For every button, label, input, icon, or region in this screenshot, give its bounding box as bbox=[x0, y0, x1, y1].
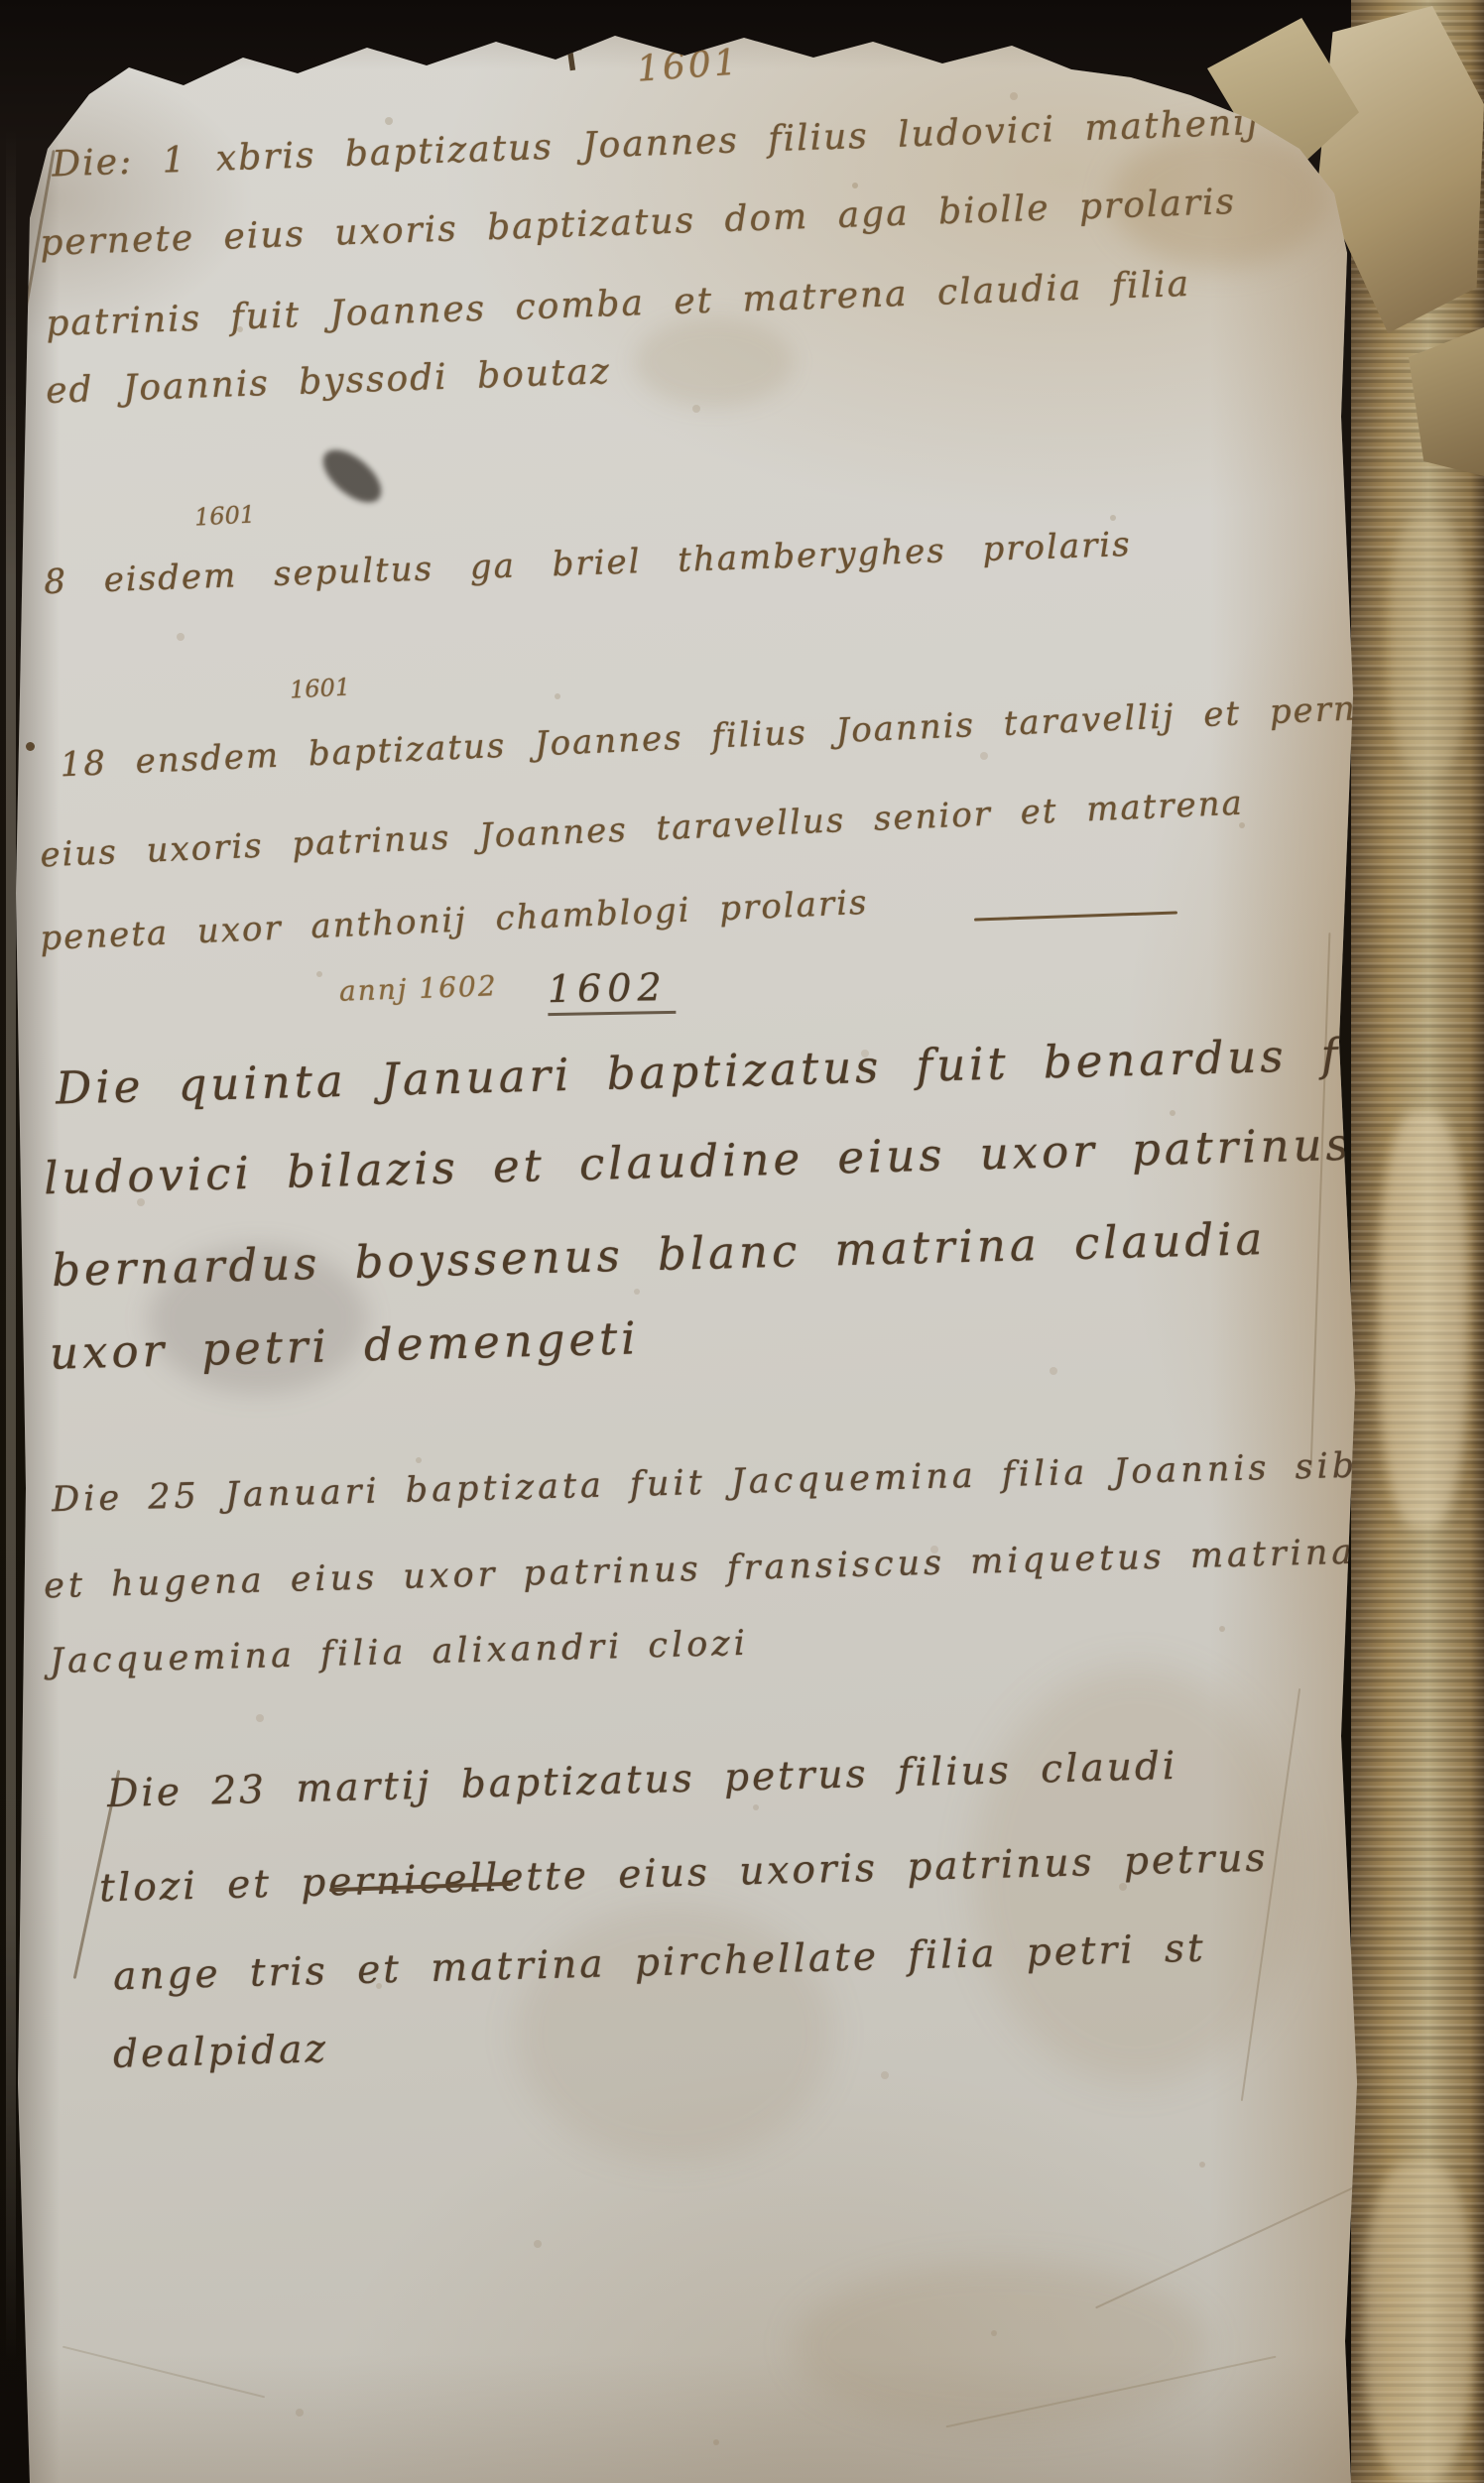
entry-line: bernardus boyssenus blanc matrina claudi… bbox=[52, 1212, 1267, 1297]
entry-line: Die quinta Januari baptizatus fuit benar… bbox=[56, 1026, 1457, 1115]
gutter-shadow bbox=[6, 129, 16, 2361]
manuscript-page: ✝ 1601 Die: 1 xbris baptizatus Joannes f… bbox=[0, 0, 1484, 2483]
marginal-year: 1601 bbox=[193, 500, 255, 531]
folio-number: 1601 bbox=[636, 42, 741, 89]
photo-canvas: ✝ 1601 Die: 1 xbris baptizatus Joannes f… bbox=[0, 0, 1484, 2483]
entry-line: patrinis fuit Joannes comba et matrena c… bbox=[46, 264, 1191, 344]
entry-line: dealpidaz bbox=[112, 2027, 328, 2077]
crease-line bbox=[1095, 2177, 1375, 2309]
page-stack-highlight bbox=[1389, 516, 1468, 774]
entry-line: 8 eisdem sepultus ga briel thamberyghes … bbox=[44, 525, 1133, 602]
entry-line: ed Joannis byssodi boutaz bbox=[45, 351, 611, 412]
ink-stain bbox=[314, 440, 391, 513]
page-stack-highlight bbox=[1379, 1111, 1468, 1528]
crease-line bbox=[62, 2346, 265, 2399]
water-stain bbox=[635, 317, 794, 407]
marginal-year: 1601 bbox=[289, 673, 350, 703]
paper-speckles bbox=[0, 0, 4, 4]
entry-line: 18 ensdem baptizatus Joannes filius Joan… bbox=[60, 687, 1396, 786]
entry-line: pernete eius uxoris baptizatus dom aga b… bbox=[40, 182, 1237, 264]
page-stack-highlight bbox=[1364, 2163, 1473, 2480]
cross-mark: ✝ bbox=[548, 26, 593, 84]
entry-line: Jacquemina filia alixandri clozi bbox=[50, 1624, 750, 1681]
crease-line bbox=[1310, 932, 1331, 1468]
entry-line: et hugena eius uxor patrinus fransiscus … bbox=[44, 1533, 1357, 1607]
water-stain bbox=[794, 2262, 1210, 2430]
entry-bullet bbox=[26, 742, 35, 751]
entry-line: ludovici bilazis et claudine eius uxor p… bbox=[44, 1118, 1354, 1205]
entry-line: Die 25 Januari baptizata fuit Jacquemina… bbox=[52, 1444, 1432, 1520]
entry-line: uxor petri demengeti bbox=[49, 1311, 640, 1380]
year-heading-small: annj 1602 bbox=[338, 969, 498, 1008]
year-heading-large: 1602 bbox=[548, 965, 677, 1016]
entry-line: peneta uxor anthonij chamblogi prolaris bbox=[40, 883, 870, 958]
entry-line: eius uxoris patrinus Joannes taravellus … bbox=[40, 784, 1245, 876]
page-shading bbox=[0, 2354, 1484, 2483]
entry-rule-dash bbox=[974, 911, 1177, 921]
